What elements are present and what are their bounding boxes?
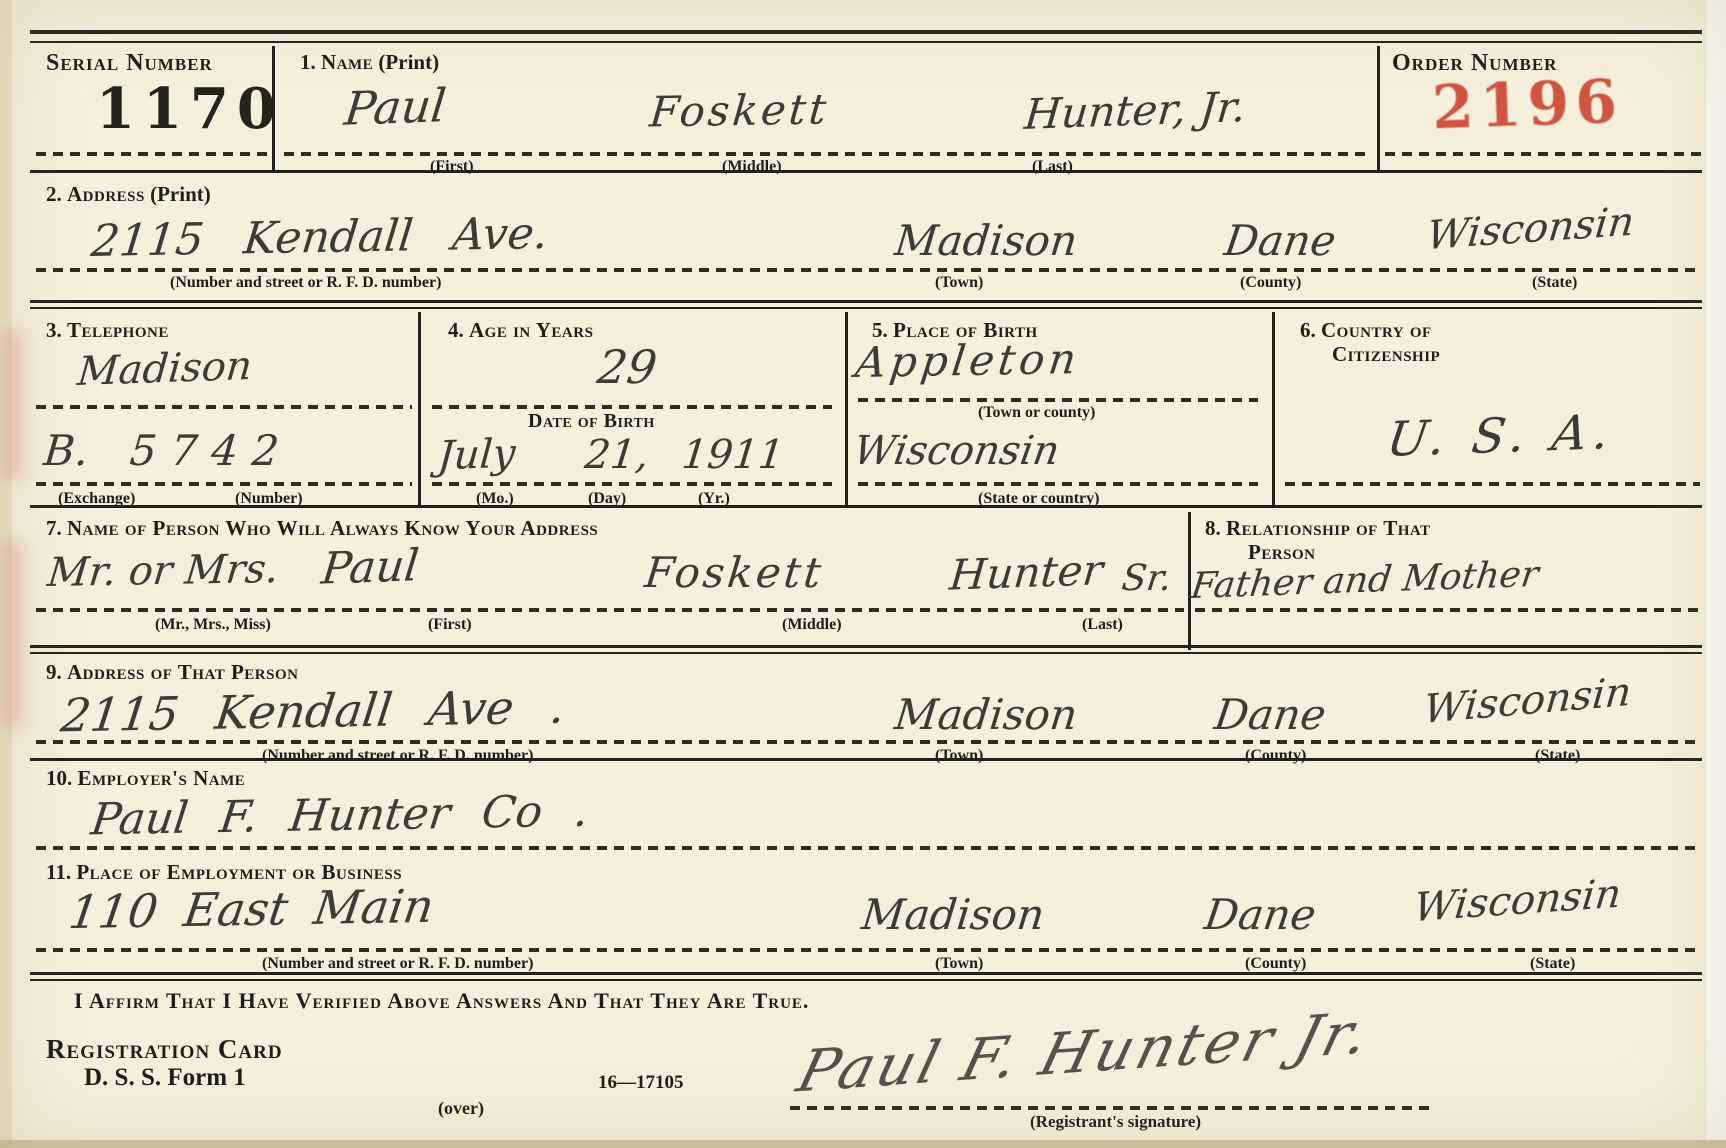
order-write-line <box>1385 152 1701 156</box>
contact-field-title: Name of Person Who Will Always Know Your… <box>67 516 598 540</box>
birthplace-write-line-1 <box>858 398 1258 402</box>
address-field-label: 2. Address (Print) <box>46 182 211 207</box>
address-county-value: Dane <box>1222 216 1340 265</box>
serial-write-line <box>36 152 268 156</box>
contact-address-field-label: 9. Address of That Person <box>46 660 298 685</box>
serial-number-value: 1170 <box>96 76 284 142</box>
hint-last: (Last) <box>1032 158 1073 176</box>
birthplace-town-value: Appleton <box>853 334 1083 387</box>
relationship-field-title-1: Relationship of That <box>1226 516 1431 540</box>
registration-card: Serial Number 1170 1. Name (Print) Paul … <box>0 0 1726 1148</box>
employer-field-title: Employer's Name <box>78 766 246 790</box>
address-print-hint: (Print) <box>150 182 211 206</box>
hint-contact-county: (County) <box>1245 747 1306 765</box>
contact-address-write-line <box>36 740 1700 744</box>
birthplace-state-value: Wisconsin <box>850 428 1062 474</box>
signature-hint: (Registrant's signature) <box>1030 1112 1201 1132</box>
hint-street: (Number and street or R. F. D. number) <box>170 274 441 292</box>
hint-title: (Mr., Mrs., Miss) <box>155 616 271 634</box>
employment-street-value: 110 East Main <box>66 879 438 939</box>
name-field-number: 1. <box>300 50 316 74</box>
relationship-write-line <box>1195 608 1700 612</box>
hint-contact-last: (Last) <box>1082 616 1123 634</box>
telephone-exchange-value: B. <box>42 426 91 475</box>
top-rule-heavy <box>30 30 1702 34</box>
hint-contact-first: (First) <box>428 616 472 634</box>
ink-bleed-mark <box>2 540 24 730</box>
top-rule-light <box>30 41 1702 43</box>
contact-title-value: Mr. or Mrs. <box>45 546 281 596</box>
age-field-label: 4. Age in Years <box>448 318 593 343</box>
address-town-value: Madison <box>892 216 1079 265</box>
contact-address-town-value: Madison <box>892 690 1079 739</box>
divider-birth-citizen <box>1272 312 1275 505</box>
employer-write-line <box>36 846 1700 850</box>
scan-edge-right <box>1706 0 1726 1148</box>
hint-employment-town: (Town) <box>935 955 983 973</box>
rule-below-row3 <box>30 505 1702 508</box>
employment-place-field-number: 11. <box>46 860 71 884</box>
scan-edge-bottom <box>0 1140 1726 1148</box>
divider-tel-age <box>418 312 421 505</box>
telephone-city-value: Madison <box>76 343 254 395</box>
citizenship-field-number: 6. <box>1300 318 1316 342</box>
hint-contact-middle: (Middle) <box>782 616 842 634</box>
address-write-line <box>36 268 1700 272</box>
employer-field-label: 10. Employer's Name <box>46 766 245 791</box>
hint-county: (County) <box>1240 274 1301 292</box>
ink-bleed-mark <box>2 330 24 480</box>
name-field-title: Name <box>321 50 373 74</box>
hint-town: (Town) <box>935 274 983 292</box>
dob-write-line <box>432 482 832 486</box>
affirmation-text: I Affirm That I Have Verified Above Answ… <box>74 988 809 1014</box>
telephone-field-number: 3. <box>46 318 62 342</box>
citizenship-field-label: 6. Country of <box>1300 318 1432 343</box>
telephone-field-title: Telephone <box>67 318 169 342</box>
age-value: 29 <box>594 340 660 394</box>
rule-below-row4 <box>30 645 1702 654</box>
citizenship-write-line <box>1285 482 1700 486</box>
hint-contact-street: (Number and street or R. F. D. number) <box>262 747 533 765</box>
contact-address-state-value: Wisconsin <box>1422 669 1634 733</box>
name-middle-value: Foskett <box>648 84 831 136</box>
contact-suffix-value: Sr. <box>1119 558 1173 599</box>
hint-first: (First) <box>430 158 474 176</box>
rule-below-row5 <box>30 758 1702 761</box>
employment-county-value: Dane <box>1202 890 1320 939</box>
age-field-number: 4. <box>448 318 464 342</box>
dob-label: Date of Birth <box>528 410 655 433</box>
birthplace-write-line-2 <box>858 482 1258 486</box>
telephone-write-line-1 <box>36 405 412 409</box>
hint-employment-county: (County) <box>1245 955 1306 973</box>
registrant-signature: Paul F. Hunter Jr. <box>791 999 1379 1106</box>
form-id: D. S. S. Form 1 <box>84 1064 246 1092</box>
contact-address-county-value: Dane <box>1212 690 1330 739</box>
contact-field-number: 7. <box>46 516 62 540</box>
contact-first-value: Paul <box>319 540 421 594</box>
rule-below-row2 <box>30 300 1702 309</box>
citizenship-value: U. S. A. <box>1383 404 1618 468</box>
address-field-title: Address <box>67 182 145 206</box>
employment-town-value: Madison <box>859 890 1046 939</box>
relationship-field-number: 8. <box>1205 516 1221 540</box>
dob-day-value: 21, <box>583 432 651 478</box>
name-print-hint: (Print) <box>378 50 439 74</box>
contact-last-value: Hunter <box>948 545 1105 599</box>
citizenship-field-title-1: Country of <box>1321 318 1432 342</box>
divider-age-birth <box>845 312 848 505</box>
relationship-field-label: 8. Relationship of That <box>1205 516 1431 541</box>
age-write-line <box>432 405 832 409</box>
hint-contact-town: (Town) <box>935 747 983 765</box>
hint-town-or-county: (Town or county) <box>978 404 1095 422</box>
employer-value: Paul F. Hunter Co . <box>88 786 591 846</box>
hint-employment-street: (Number and street or R. F. D. number) <box>262 955 533 973</box>
name-write-line <box>284 152 1370 156</box>
hint-employment-state: (State) <box>1530 955 1575 973</box>
order-number-stamp: 2196 <box>1431 67 1624 144</box>
telephone-number-value: 5742 <box>128 426 295 475</box>
contact-address-street-value: 2115 Kendall Ave . <box>58 680 568 743</box>
divider-contact-relationship <box>1188 512 1191 650</box>
contact-address-field-number: 9. <box>46 660 62 684</box>
citizenship-field-title-2: Citizenship <box>1332 342 1440 367</box>
rule-below-row7 <box>30 972 1702 981</box>
employment-write-line <box>36 948 1700 952</box>
name-field-label: 1. Name (Print) <box>300 50 439 75</box>
employer-field-number: 10. <box>46 766 72 790</box>
over-note: (over) <box>438 1098 484 1119</box>
contact-address-field-title: Address of That Person <box>67 660 298 684</box>
contact-field-label: 7. Name of Person Who Will Always Know Y… <box>46 516 598 541</box>
address-state-value: Wisconsin <box>1425 199 1637 259</box>
signature-write-line <box>790 1106 1430 1110</box>
contact-middle-value: Foskett <box>642 548 826 597</box>
hint-middle: (Middle) <box>722 158 782 176</box>
card-title: Registration Card <box>46 1034 283 1065</box>
rule-below-row1 <box>30 170 1702 173</box>
hint-state: (State) <box>1532 274 1577 292</box>
contact-write-line <box>36 608 1184 612</box>
print-code: 16—17105 <box>598 1072 684 1094</box>
telephone-field-label: 3. Telephone <box>46 318 169 343</box>
telephone-write-line-2 <box>36 482 412 486</box>
serial-number-label: Serial Number <box>46 50 213 77</box>
dob-year-value: 1911 <box>680 432 787 478</box>
relationship-value: Father and Mother <box>1189 554 1541 607</box>
age-field-title: Age in Years <box>469 318 593 342</box>
hint-contact-state: (State) <box>1535 747 1580 765</box>
divider-name-order <box>1377 46 1380 170</box>
dob-month-value: July <box>436 431 517 480</box>
address-street-value: 2115 Kendall Ave. <box>89 208 551 267</box>
employment-state-value: Wisconsin <box>1412 871 1624 931</box>
address-field-number: 2. <box>46 182 62 206</box>
name-last-value: Hunter, Jr. <box>1022 82 1247 139</box>
name-first-value: Paul <box>342 78 449 135</box>
